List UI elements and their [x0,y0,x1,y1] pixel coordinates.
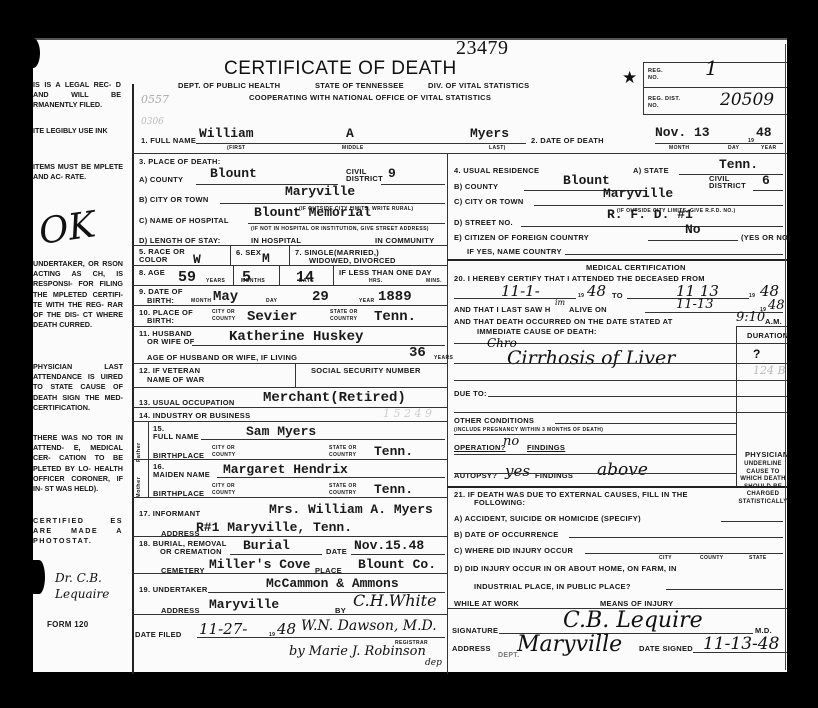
pencil-note-1: 0557 [141,93,169,106]
death-certificate: IS IS A LEGAL REC- D AND WILL BE RMANENT… [33,38,787,672]
residence-city: Maryville [603,186,673,201]
registrar-signature: W.N. Dawson, M.D. [301,618,437,634]
reg-no-value: 1 [705,56,718,80]
legal-notice: IS IS A LEGAL REC- D AND WILL BE RMANENT… [33,80,121,111]
spouse-name: Katherine Huskey [229,329,363,345]
hrs-caption: Hrs. [369,278,383,284]
pob-label-2: Birth: [147,316,174,325]
veteran-label: 12. If Veteran [139,366,200,375]
while-at-work-label: While at work [454,599,519,608]
physician-box-title: Physician [745,450,787,459]
pencil-note-2: 0306 [141,117,164,127]
physician-signature: C.B. Lequire [563,608,703,633]
pob-state: Tenn. [374,309,416,325]
last-caption: Last) [489,145,506,151]
burial-place: Blount Co. [358,557,436,572]
street-label: D) Street No. [454,218,513,227]
dept-label: Dept. of Public Health [178,81,280,90]
residence-state: Tenn. [719,157,758,172]
informant-label: 17. Informant [139,509,200,518]
pob-county: Sevier [247,309,297,325]
injury-county-caption: County [700,555,724,561]
death-district: 9 [388,166,396,181]
reg-dist-label: REG. DIST. NO. [648,96,684,110]
residence-district-label: Civil District [709,175,745,189]
father-city-label: City or County [212,445,242,459]
reg-dist-value: 20509 [720,90,774,110]
month-caption: Month [669,145,689,151]
other-conditions-note: (Include pregnancy within 3 months of de… [454,427,603,433]
physician-note: PHYSICIAN LAST ATTENDANCE IS UIRED TO ST… [33,362,123,413]
occurrence-date-label: B) Date of occurrence [454,530,559,539]
dob-label: 9. Date of [139,288,183,296]
injury-state-caption: State [749,555,767,561]
spouse-age-label: Age of husband or wife, if living [147,353,297,362]
cooperating-label: Cooperating with National Office of Vita… [249,93,491,102]
medical-cert-title: Medical Certification [586,263,686,272]
year-caption: Year [761,145,777,151]
cause-label: Immediate cause of death: [477,327,597,336]
cemetery-name: Miller's Cove [209,557,310,572]
undertaker-label: 19. Undertaker [139,585,208,594]
dob-day-label: Day [266,298,277,304]
death-city-label: B) City or Town [139,195,209,204]
hospital-name: Blount Memorial [254,205,371,220]
burial-type: Burial [243,538,290,553]
mother-state: Tenn. [374,482,413,497]
due-to-label: Due to: [454,389,487,398]
length-of-stay-label: D) Length of Stay: [139,236,221,245]
means-of-injury-label: Means of injury [600,599,673,608]
mother-state-label: State or Country [329,483,365,497]
sex-value: M [262,251,270,266]
external-causes-label-2: following: [474,498,525,507]
mother-name-label: Maiden Name [153,470,210,479]
race-label: 5. Race or Color [139,248,189,264]
date-signed-value: 11-13-48 [703,634,779,654]
state-label: State of Tennessee [315,81,404,90]
date-of-death-label: 2. Date of Death [531,136,604,145]
signature-address-label: Address [452,644,491,653]
filed-year: 48 [277,620,296,638]
dob-month-label: Month [191,298,211,304]
residence-district: 6 [762,173,770,188]
day-caption: Day [728,145,739,151]
occupation-value: Merchant(Retired) [263,390,406,406]
items-complete-note: ITEMS MUST BE MPLETE AND AC- RATE. [33,162,123,182]
death-time: 9:10 [736,310,765,325]
dob-year: 1889 [378,289,412,305]
operation-label: Operation? [454,443,506,452]
sex-label: 6. Sex [236,248,261,257]
citizen-value: No [685,222,701,237]
informant-name: Mrs. William A. Myers [269,502,433,517]
deputy-signature: by Marie J. Robinson [289,644,426,659]
injury-city-caption: City [659,555,672,561]
days-caption: Days [299,278,314,284]
operation-value: no [503,434,519,449]
attended-label: 20. I hereby certify that I attended the… [454,274,705,283]
accident-label: A) Accident, suicide or homicide (specif… [454,514,641,523]
certificate-title: CERTIFICATE OF DEATH [224,58,457,80]
industry-pencil-note: 1 5 2 4 9 [383,407,432,420]
mins-caption: Mins. [426,278,442,284]
mother-city-label: City or County [212,483,242,497]
middle-name: A [346,126,354,141]
place-of-death-label: 3. Place of Death: [139,157,221,166]
injury-place-label-2: industrial place, in public place? [474,582,631,591]
middle-caption: Middle [342,145,364,151]
mother-name: Margaret Hendrix [223,462,348,477]
first-caption: (First [227,145,246,151]
marital-status-options: Widowed, Divorced [309,256,396,265]
informant-address: R#1 Maryville, Tenn. [196,520,352,535]
father-name-label: Full Name [153,432,199,441]
street-value: R. F. D. #1 [607,207,693,222]
division-label: Div. of Vital Statistics [428,81,529,90]
death-year: 48 [756,125,772,140]
write-legibly-note: ITE LEGIBLY USE INK [33,126,113,136]
last-saw-date: 11-13 [676,297,713,312]
years-caption: Years [206,278,225,284]
undertaker-address: Maryville [209,597,279,612]
dob-year-label: Year [359,298,375,304]
pob-city-county-label: City or County [212,309,240,323]
hospital-label: C) Name of Hospital [139,216,229,225]
residence-county-label: B) County [454,182,498,191]
autopsy-findings: above [597,460,648,480]
other-conditions-label: Other Conditions [454,416,534,425]
last-saw-pronoun: im [555,298,565,307]
burial-label-2: or Cremation [160,547,222,556]
last-saw-year: 48 [768,298,785,313]
to-label: to [612,291,623,300]
ssn-label: Social Security Number [311,366,421,375]
age-label: 8. Age [139,268,165,277]
spouse-age: 36 [409,345,426,361]
alive-on-label: alive on [569,305,607,314]
undertaker-name: McCammon & Ammons [266,576,399,591]
father-state-label: State or Country [329,445,365,459]
ok-mark: OK [36,204,98,252]
death-county: Blount [210,166,257,181]
from-year-prefix: 19 [578,293,584,299]
reg-no-label: REG. NO. [648,68,674,82]
residence-city-label: C) City or Town [454,197,524,206]
physician-address: Maryville [517,632,622,657]
dob-label-2: Birth: [147,296,174,305]
war-name-label: Name of War [147,375,204,384]
injury-location-label: C) Where did injury occur [454,546,573,555]
date-signed-label: Date Signed [639,644,693,653]
burial-date: Nov.15.48 [354,538,424,553]
industry-label: 14. Industry or Business [139,411,250,420]
scan-margin-left [0,38,33,672]
last-saw-label: and that I last saw h [454,305,551,314]
burial-date-label: Date [326,547,347,556]
spouse-age-unit: Years [434,355,453,361]
spouse-label-2: or Wife of [147,337,195,346]
mother-section-tag: Mother [136,464,142,498]
duration-label: Duration [747,331,788,340]
death-time-label: and that death occurred on the date stat… [454,317,673,326]
certificate-number: 23479 [456,37,509,60]
date-filed-value: 11-27- [199,620,247,638]
father-state: Tenn. [374,444,413,459]
in-community-label: In Community [375,236,434,245]
age-years: 59 [178,269,196,286]
attended-from-year: 48 [587,282,606,300]
full-name-label: 1. Full Name [141,136,196,145]
form-number: FORM 120 [47,620,89,629]
physician-box-text: Underline cause to which death should be… [738,461,788,506]
death-month-day: Nov. 13 [655,125,710,140]
autopsy-value: yes [505,462,530,480]
deputy-suffix: dep [425,658,442,668]
date-filed-label: Date Filed [135,630,182,639]
am-label: A.M. [765,317,782,326]
last-name: Myers [470,126,509,141]
no-doctor-note: THERE WAS NO TOR IN ATTEND- E, MEDICAL C… [33,433,123,494]
dob-month: May [213,289,238,305]
sidebar-signature: Dr. C.B. Lequaire [55,570,125,602]
country-label: If yes, name country [467,247,562,256]
cause-of-death: Cirrhosis of Liver [507,347,675,369]
star-icon: ★ [622,68,637,88]
in-hospital-label: In Hospital [251,236,301,245]
injury-place-label: D) Did injury occur in or about home, on… [454,564,677,573]
residence-state-label: A) State [633,166,669,175]
occupation-label: 13. Usual Occupation [139,398,235,407]
duration-value: ? [753,347,760,361]
photostat-note: CERTIFIED ES ARE MADE A PHOTOSTAT. [33,516,123,547]
father-name: Sam Myers [246,424,316,439]
duration-pencil-note: 124 B [753,364,786,377]
less-than-day-label: If less than one day [339,268,432,277]
residence-label: 4. Usual Residence [454,166,539,175]
citizen-label: E) Citizen of Foreign Country [454,233,589,242]
pob-state-label: State or Country [330,309,366,323]
operation-findings-label: Findings [527,443,565,452]
yes-no-caption: (Yes or No) [741,233,791,242]
signature-label: Signature [452,626,498,635]
undertaker-signature: C.H.White [353,591,437,610]
death-county-label: A) County [139,175,183,184]
first-name: William [199,126,254,141]
dob-day: 29 [312,289,329,305]
father-section-tag: Father [136,426,142,462]
to-year-prefix: 19 [749,293,755,299]
undertaker-note: UNDERTAKER, OR RSON ACTING AS CH, IS RES… [33,259,123,330]
hospital-note: (If not in hospital or institution, give… [251,226,429,232]
death-district-label: Civil District [346,168,376,182]
death-city: Maryville [285,184,355,199]
months-caption: Months [241,278,265,284]
